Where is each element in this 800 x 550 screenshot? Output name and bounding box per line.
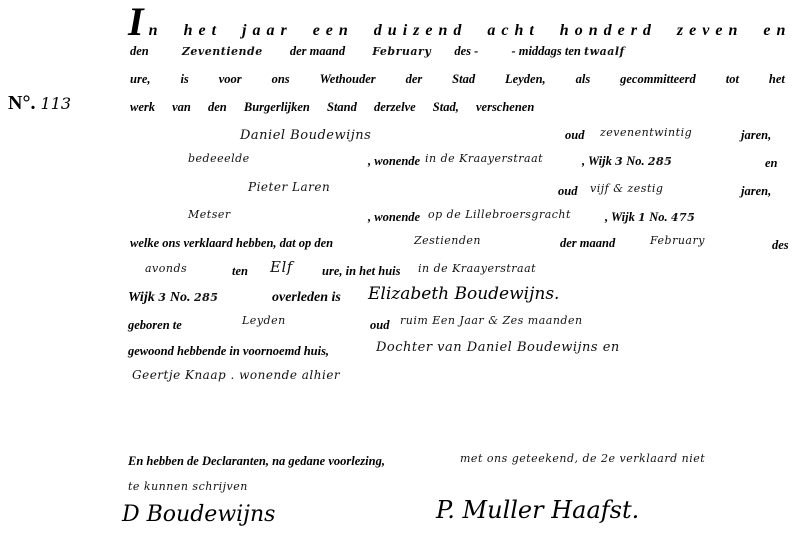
wijk-value: 3 bbox=[615, 155, 623, 168]
day-handwritten: Zeventiende bbox=[182, 45, 263, 58]
closing-handwritten: met ons geteekend, de 2e verklaard niet bbox=[460, 452, 705, 465]
declarant2-age: vijf & zestig bbox=[590, 182, 663, 195]
word: Burgerlijken bbox=[244, 100, 310, 114]
wijk-line: Wijk 3 No. 285 bbox=[128, 290, 218, 306]
word: als bbox=[576, 72, 591, 87]
label-in-het-huis: ure, in het huis bbox=[322, 264, 401, 279]
declarant2-jaren: jaren, bbox=[741, 184, 771, 199]
label-den: den bbox=[130, 44, 149, 58]
label-gewoond: gewoond hebbende in voornoemd huis, bbox=[128, 344, 329, 359]
closing-text: En hebben de Declaranten, na gedane voor… bbox=[128, 454, 385, 469]
declarant1-age-label: oud bbox=[565, 128, 584, 143]
declarant1-occupation: bedeeelde bbox=[188, 152, 250, 165]
word: Leyden, bbox=[505, 72, 546, 87]
label-geboren-te: geboren te bbox=[128, 318, 182, 333]
no-label: No. bbox=[649, 210, 667, 224]
no-value: 475 bbox=[671, 211, 695, 224]
declarant1-address: in de Kraayerstraat bbox=[425, 152, 543, 165]
date-line: den Zeventiende der maand February des -… bbox=[130, 44, 770, 59]
conjunction-en: en bbox=[765, 156, 778, 171]
word: den bbox=[208, 100, 227, 114]
label-des: des - bbox=[454, 44, 478, 58]
no-label: No. bbox=[626, 154, 644, 168]
declarant2-wonende: , wonende bbox=[368, 210, 420, 225]
declaration-line: welke ons verklaard hebben, dat op den bbox=[130, 236, 333, 251]
label-ten: ten bbox=[232, 264, 248, 279]
registry-line: werk van den Burgerlijken Stand derzelve… bbox=[130, 100, 534, 115]
hour-handwritten: twaalf bbox=[584, 45, 625, 58]
word: werk bbox=[130, 100, 155, 114]
parentage: Dochter van Daniel Boudewijns en bbox=[376, 340, 620, 355]
death-day: Zestienden bbox=[414, 234, 481, 247]
label-des-2: des bbox=[772, 238, 789, 253]
wijk-value: 1 bbox=[638, 211, 646, 224]
word: is bbox=[180, 72, 188, 87]
word: der bbox=[406, 72, 423, 87]
word: Wethouder bbox=[320, 72, 376, 87]
official-line: ure, is voor ons Wethouder der Stad Leyd… bbox=[130, 72, 785, 87]
declarant2-address: op de Lillebroersgracht bbox=[428, 208, 571, 221]
wijk-value: 3 bbox=[158, 291, 166, 304]
time-of-day: avonds bbox=[145, 262, 187, 275]
label-der-maand: der maand bbox=[290, 44, 345, 58]
no-value: 285 bbox=[194, 291, 218, 304]
mother-name: Geertje Knaap . wonende alhier bbox=[132, 368, 340, 382]
death-month: February bbox=[650, 234, 705, 247]
declarant1-wonende: , wonende bbox=[368, 154, 420, 169]
declarant1-wijk: , Wijk 3 No. 285 bbox=[582, 154, 672, 169]
deceased-name: Elizabeth Boudewijns. bbox=[368, 284, 559, 304]
deceased-age: ruim Een Jaar & Zes maanden bbox=[400, 314, 583, 327]
closing-handwritten-2: te kunnen schrijven bbox=[128, 480, 248, 493]
wijk-label: Wijk bbox=[128, 290, 155, 305]
no-label: No. bbox=[170, 290, 191, 305]
declarant1-age: zevenentwintig bbox=[600, 126, 692, 139]
word: gecommitteerd bbox=[620, 72, 696, 87]
declarant2-age-label: oud bbox=[558, 184, 577, 199]
word: verschenen bbox=[476, 100, 534, 114]
label-overleden-is: overleden is bbox=[272, 290, 341, 306]
declarant2-occupation: Metser bbox=[188, 208, 231, 221]
word: Stand bbox=[327, 100, 357, 114]
label-der-maand-2: der maand bbox=[560, 236, 615, 251]
register-number: N°. 113 bbox=[8, 92, 71, 115]
word: derzelve bbox=[374, 100, 416, 114]
declarant2-name: Pieter Laren bbox=[248, 180, 330, 194]
death-hour: Elf bbox=[270, 258, 293, 276]
month-handwritten: February bbox=[372, 45, 431, 58]
word: Stad bbox=[452, 72, 475, 87]
declarant1-jaren: jaren, bbox=[741, 128, 771, 143]
label-oud: oud bbox=[370, 318, 389, 333]
wijk-label: , Wijk bbox=[582, 154, 612, 168]
birthplace: Leyden bbox=[242, 314, 286, 327]
word: voor bbox=[219, 72, 242, 87]
wijk-label: , Wijk bbox=[605, 210, 635, 224]
declarant1-name: Daniel Boudewijns bbox=[240, 124, 371, 143]
register-number-label: N°. bbox=[8, 92, 35, 114]
declarant1-name-text: Daniel Boudewijns bbox=[240, 128, 371, 143]
word: ure, bbox=[130, 72, 151, 87]
no-value: 285 bbox=[648, 155, 672, 168]
death-address: in de Kraayerstraat bbox=[418, 262, 536, 275]
drop-cap: I bbox=[128, 0, 144, 44]
opening-line: I n het jaar een duizend acht honderd ze… bbox=[128, 2, 800, 42]
word: Stad, bbox=[433, 100, 459, 114]
word: van bbox=[172, 100, 191, 114]
word: ons bbox=[272, 72, 290, 87]
word: het bbox=[769, 72, 785, 87]
label-middags: - middags ten bbox=[511, 44, 580, 58]
opening-text: n het jaar een duizend acht honderd zeve… bbox=[149, 22, 800, 39]
declarant-signature: D Boudewijns bbox=[122, 502, 275, 527]
official-signature: P. Muller Haafst. bbox=[436, 496, 639, 524]
word: tot bbox=[726, 72, 739, 87]
register-number-value: 113 bbox=[41, 94, 72, 113]
declarant2-wijk: , Wijk 1 No. 475 bbox=[605, 210, 695, 225]
